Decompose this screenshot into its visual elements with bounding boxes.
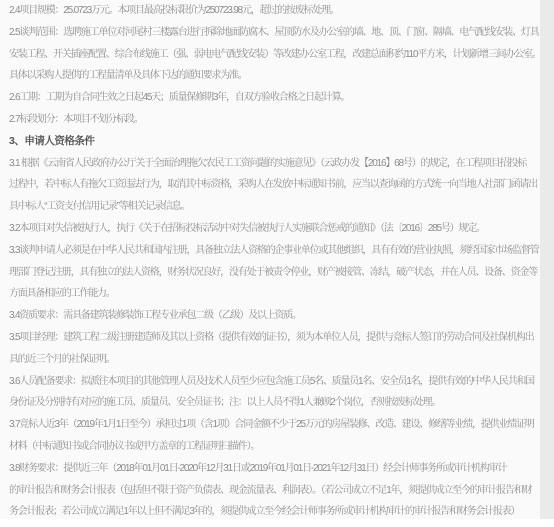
- paragraph-3-7: 3.7竞标人近3年（2019年1月1日至今）承担过1项（含1项）合同金额不少于2…: [0, 414, 540, 458]
- document-line: 3.8财务要求：提供近三年（2018年01月01日-2020年12月31日或20…: [0, 458, 540, 480]
- paragraph-3-5: 3.5项目经理：建筑工程二级注册建造师及其以上资格（提供有效的证书），须为本单位…: [0, 327, 540, 371]
- document-line: 2.5谈判范围：选聘施工单位对河尾村三楼露台进行拆除地面防腐木、屋顶防水及办公室…: [0, 22, 540, 44]
- document-line: 2.6工期：工期为自合同生效之日起45天；质量保修期3年，自双方验收合格之日起计…: [0, 87, 540, 109]
- document-line: 3.5项目经理：建筑工程二级注册建造师及其以上资格（提供有效的证书），须为本单位…: [0, 327, 540, 349]
- document-line: 材料（中标通知书或合同协议书或甲方盖章的工程证明扫描件）。: [0, 436, 540, 458]
- page-margin: [540, 0, 554, 519]
- document-line: 具体以采购人提供的工程量清单及具体下达的通知要求为准。: [0, 65, 540, 87]
- section-heading: 3、申请人资格条件: [0, 131, 540, 153]
- document-line: 3.6人员配备要求：拟派往本项目的其他管理人员及技术人员至少应包含施工员5名、质…: [0, 371, 540, 393]
- paragraph-2-5: 2.5谈判范围：选聘施工单位对河尾村三楼露台进行拆除地面防腐木、屋顶防水及办公室…: [0, 22, 540, 87]
- document-line: 安装工程、开关插座配置、综合布线施工（强、弱电电气配线安装）等改建办公室工程，改…: [0, 44, 540, 66]
- paragraph-3-2: 3.2本项目对失信被执行人，执行《关于在招标投标活动中对失信被执行人实施联合惩戒…: [0, 218, 540, 240]
- document-page: 2.4项目规模：25.0723万元。本项目最高投标限价为250723.98元，超…: [0, 0, 554, 527]
- document-line: 的审计报告和财务会计报表（包括但不限于资产负债表、现金流量表、利润表）。（若公司…: [0, 480, 540, 502]
- document-line: 2.7标段划分：本项目不划分标段。: [0, 109, 540, 131]
- document-line: 具中标人“工资支付信用记录”等相关记录信息。: [0, 196, 540, 218]
- document-line: 3.4资质要求：需具备建筑装修装饰工程专业承包二级（乙级）及以上资质。: [0, 305, 540, 327]
- document-line: 务会计报表；若公司成立满足1年以上但不满足3年的，须提供成立至今经会计师事务所或…: [0, 501, 540, 519]
- paragraph-2-7: 2.7标段划分：本项目不划分标段。: [0, 109, 540, 131]
- document-line: 3.3谈判申请人必须是在中华人民共和国内注册，具备独立法人资格的企事业单位或其他…: [0, 240, 540, 262]
- paragraph-3-8: 3.8财务要求：提供近三年（2018年01月01日-2020年12月31日或20…: [0, 458, 540, 519]
- document-line: 3.2本项目对失信被执行人，执行《关于在招标投标活动中对失信被执行人实施联合惩戒…: [0, 218, 540, 240]
- document-line: 身份证及分别持有对应的施工员、质量员、安全员证书；注：以上人员不得1人兼顾2个岗…: [0, 392, 540, 414]
- paragraph-3: 3、申请人资格条件: [0, 131, 540, 153]
- document-body: 2.4项目规模：25.0723万元。本项目最高投标限价为250723.98元，超…: [0, 0, 540, 519]
- page-bottom-margin: [0, 519, 554, 527]
- document-line: 理部门登记注册，具有独立的法人资格，财务状况良好，没有处于被责令停业，财产被接管…: [0, 262, 540, 284]
- paragraph-3-4: 3.4资质要求：需具备建筑装修装饰工程专业承包二级（乙级）及以上资质。: [0, 305, 540, 327]
- paragraph-2-4: 2.4项目规模：25.0723万元。本项目最高投标限价为250723.98元，超…: [0, 0, 540, 22]
- document-line: 具的近三个月的社保证明。: [0, 349, 540, 371]
- document-line: 3.7竞标人近3年（2019年1月1日至今）承担过1项（含1项）合同金额不少于2…: [0, 414, 540, 436]
- paragraph-3-3: 3.3谈判申请人必须是在中华人民共和国内注册，具备独立法人资格的企事业单位或其他…: [0, 240, 540, 305]
- paragraph-3-6: 3.6人员配备要求：拟派往本项目的其他管理人员及技术人员至少应包含施工员5名、质…: [0, 371, 540, 415]
- document-line: 过程中，若中标人有拖欠工资违法行为，取消其中标资格，采购人在发放中标通知书前，应…: [0, 174, 540, 196]
- paragraph-2-6: 2.6工期：工期为自合同生效之日起45天；质量保修期3年，自双方验收合格之日起计…: [0, 87, 540, 109]
- document-line: 2.4项目规模：25.0723万元。本项目最高投标限价为250723.98元，超…: [0, 0, 540, 22]
- document-line: 方面具备相应的工作能力。: [0, 283, 540, 305]
- document-line: 3.1 根据《云南省人民政府办公厅关于全面治理拖欠农民工工资问题的实施意见》（云…: [0, 153, 540, 175]
- paragraph-3-1: 3.1 根据《云南省人民政府办公厅关于全面治理拖欠农民工工资问题的实施意见》（云…: [0, 153, 540, 218]
